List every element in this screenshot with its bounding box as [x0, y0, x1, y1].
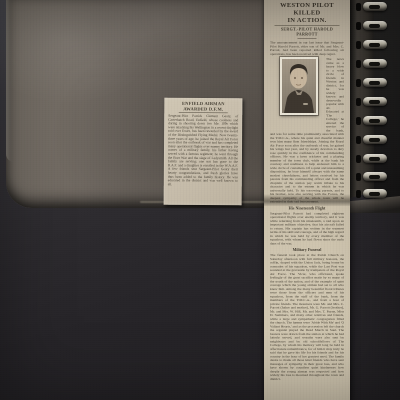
scrapbook-photo: ENFIELD AIRMAN AWARDED D.F.M. Sergeant-P…	[0, 0, 400, 400]
headline-rule	[274, 25, 339, 26]
weston-lead-intro: The announcement in our last issue that …	[270, 41, 344, 56]
enfield-body-text: Sergeant-Pilot Patrick Clement Geary, of…	[168, 114, 239, 187]
binding-ring	[354, 189, 388, 199]
binding-ring	[354, 59, 388, 69]
binding-ring	[354, 172, 388, 182]
ornament-rule	[297, 39, 316, 40]
pilot-portrait-illustration	[282, 59, 316, 113]
enfield-headline-line2: AWARDED D.F.M.	[168, 106, 238, 112]
binding-ring	[354, 78, 388, 88]
weston-section1-body: Sergeant-Pilot Parrott had completed eig…	[270, 212, 344, 246]
weston-section2-heading: Military Funeral	[270, 248, 344, 253]
binding-ring	[354, 2, 388, 12]
weston-subheadline: SERGT.-PILOT HAROLD PARROTT	[270, 27, 344, 37]
pilot-portrait-photo	[280, 57, 318, 115]
binding-ring	[354, 97, 388, 107]
weston-headline-line2: IN ACTION.	[270, 16, 344, 24]
page-edge-fold-shadow	[264, 194, 350, 206]
binding-ring	[354, 154, 388, 164]
binding-ring	[354, 21, 388, 31]
binding-ring	[354, 40, 388, 50]
clipping-weston-pilot: WESTON PILOT KILLED IN ACTION. SERGT.-PI…	[264, 0, 350, 400]
clipping-enfield-airman: ENFIELD AIRMAN AWARDED D.F.M. Sergeant-P…	[164, 98, 243, 206]
weston-section2-body: The funeral took place at the Parish Chu…	[270, 254, 344, 382]
weston-section1-heading: His Nineteenth Flight	[270, 206, 344, 211]
binding-ring	[354, 116, 388, 126]
page-worn-edge	[6, 0, 14, 162]
weston-headline-line1: WESTON PILOT KILLED	[270, 1, 344, 16]
binding-ring	[354, 135, 388, 145]
